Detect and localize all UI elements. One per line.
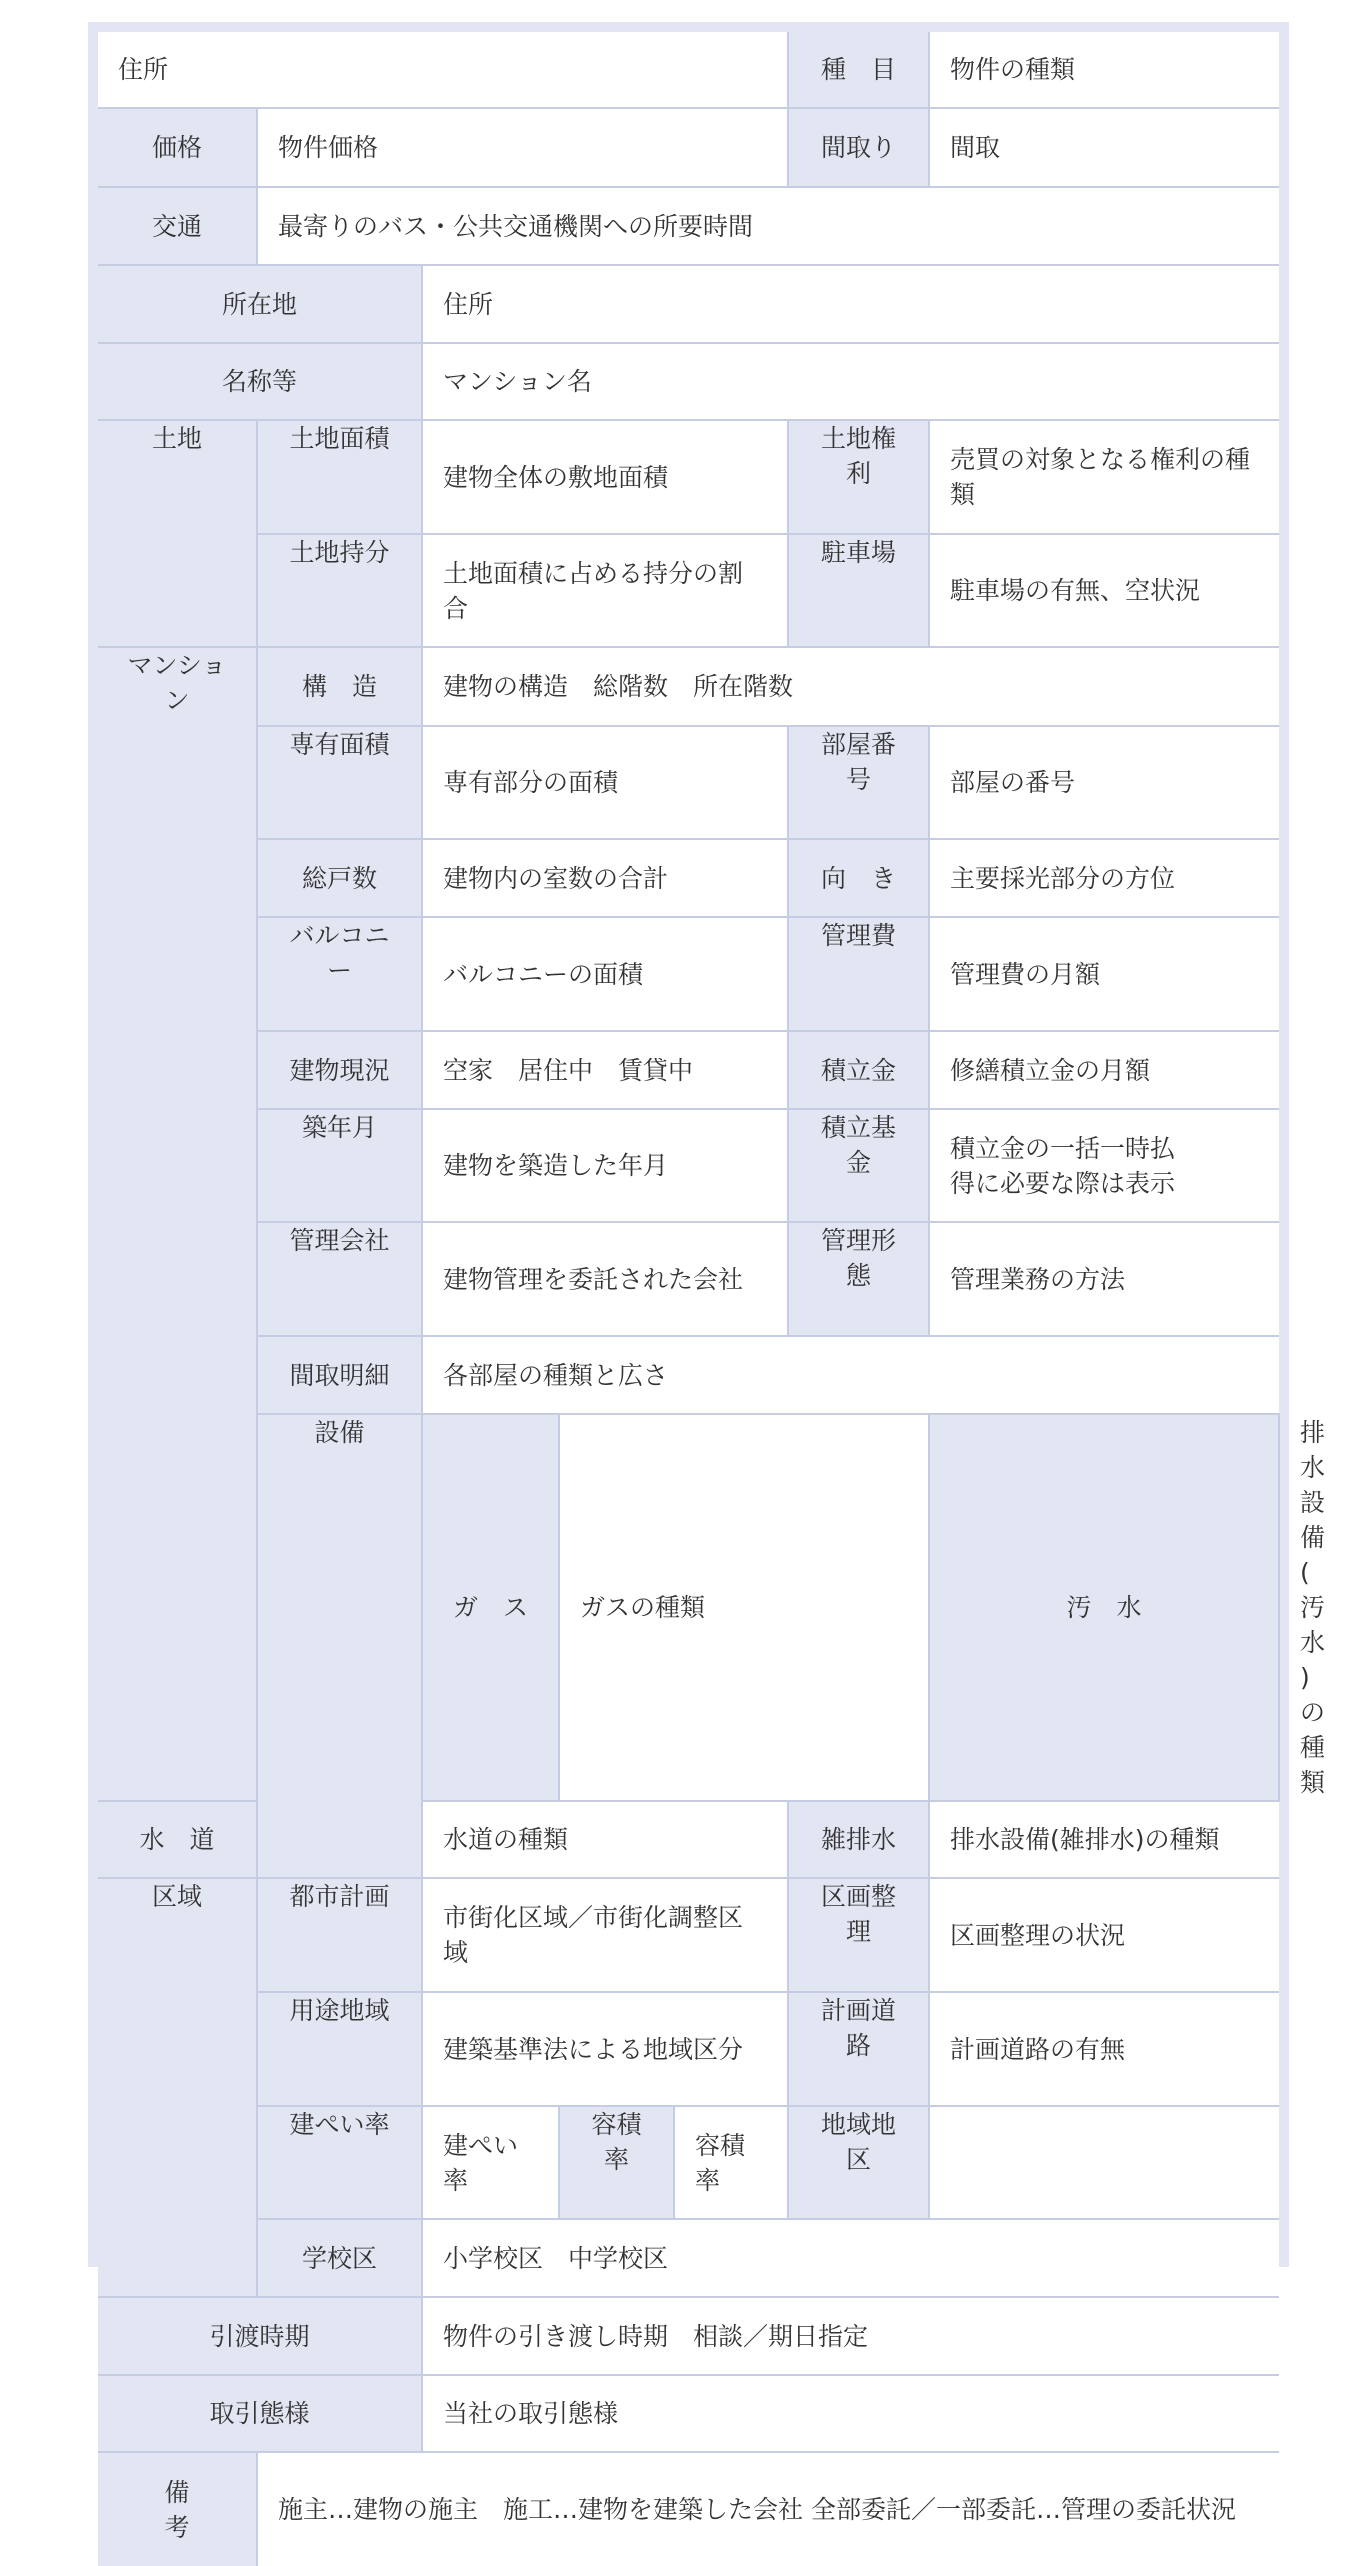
property-type-label: 種 目 bbox=[788, 32, 929, 108]
price-value: 物件価格 bbox=[257, 108, 788, 187]
property-type-value: 物件の種類 bbox=[929, 32, 1279, 108]
district-label: 地域地区 bbox=[788, 2106, 929, 2219]
table-row: 管理会社 建物管理を委託された会社 管理形態 管理業務の方法 bbox=[98, 1222, 1279, 1336]
school-district-label: 学校区 bbox=[257, 2219, 422, 2297]
table-row: 総戸数 建物内の室数の合計 向 き 主要採光部分の方位 bbox=[98, 839, 1279, 917]
table-row: マンション 構 造 建物の構造 総階数 所在階数 bbox=[98, 647, 1279, 726]
total-units-value: 建物内の室数の合計 bbox=[422, 839, 788, 917]
management-fee-value: 管理費の月額 bbox=[929, 917, 1279, 1031]
address-value: 住所 bbox=[98, 32, 788, 108]
remarks-label: 備 考 bbox=[98, 2452, 257, 2566]
table-row: 取引態様 当社の取引態様 bbox=[98, 2375, 1279, 2452]
table-row: 交通 最寄りのバス・公共交通機関への所要時間 bbox=[98, 187, 1279, 265]
exclusive-area-label: 専有面積 bbox=[257, 726, 422, 839]
remarks-label-line: 備 bbox=[118, 2475, 236, 2510]
land-area-value: 建物全体の敷地面積 bbox=[422, 420, 788, 534]
direction-label: 向 き bbox=[788, 839, 929, 917]
table-row: 専有面積 専有部分の面積 部屋番号 部屋の番号 bbox=[98, 726, 1279, 839]
city-plan-value: 市街化区域／市街化調整区域 bbox=[422, 1878, 788, 1992]
property-spec-table: 住所 種 目 物件の種類 価格 物件価格 間取り 間取 交通 最寄りのバス・公共… bbox=[98, 32, 1279, 2566]
land-share-label: 土地持分 bbox=[257, 534, 422, 647]
management-company-label: 管理会社 bbox=[257, 1222, 422, 1336]
floor-area-ratio-value: 容積率 bbox=[674, 2106, 788, 2219]
built-date-value: 建物を築造した年月 bbox=[422, 1109, 788, 1222]
management-form-label: 管理形態 bbox=[788, 1222, 929, 1336]
table-row: 建ぺい率 建ぺい率 容積率 容積率 地域地区 bbox=[98, 2106, 1279, 2219]
facilities-group-label: 設備 bbox=[257, 1414, 422, 1878]
transaction-value: 当社の取引態様 bbox=[422, 2375, 1279, 2452]
water-value: 水道の種類 bbox=[422, 1801, 788, 1878]
reserve-label: 積立金 bbox=[788, 1031, 929, 1109]
graywater-label: 雑排水 bbox=[788, 1801, 929, 1878]
city-plan-label: 都市計画 bbox=[257, 1878, 422, 1992]
planned-road-value: 計画道路の有無 bbox=[929, 1992, 1279, 2106]
layout-value: 間取 bbox=[929, 108, 1279, 187]
structure-value: 建物の構造 総階数 所在階数 bbox=[422, 647, 1279, 726]
floorplan-detail-label: 間取明細 bbox=[257, 1336, 422, 1414]
table-row: 名称等 マンション名 bbox=[98, 343, 1279, 420]
reserve-value: 修繕積立金の月額 bbox=[929, 1031, 1279, 1109]
transport-label: 交通 bbox=[98, 187, 257, 265]
table-row: 間取明細 各部屋の種類と広さ bbox=[98, 1336, 1279, 1414]
management-company-value: 建物管理を委託された会社 bbox=[422, 1222, 788, 1336]
table-row: 備 考 施主…建物の施主 施工…建物を建築した会社 全部委託／一部委託…管理の委… bbox=[98, 2452, 1279, 2566]
parking-label: 駐車場 bbox=[788, 534, 929, 647]
land-share-value: 土地面積に占める持分の割合 bbox=[422, 534, 788, 647]
direction-value: 主要採光部分の方位 bbox=[929, 839, 1279, 917]
floor-area-ratio-label: 容積率 bbox=[559, 2106, 674, 2219]
handover-label: 引渡時期 bbox=[98, 2297, 422, 2375]
table-row: バルコニー バルコニーの面積 管理費 管理費の月額 bbox=[98, 917, 1279, 1031]
district-value bbox=[929, 2106, 1279, 2219]
planned-road-label: 計画道路 bbox=[788, 1992, 929, 2106]
management-fee-label: 管理費 bbox=[788, 917, 929, 1031]
mansion-group-label: マンション bbox=[98, 647, 257, 1801]
table-row: 設備 ガ ス ガスの種類 汚 水 排水設備(汚水)の種類 bbox=[98, 1414, 1279, 1801]
parking-value: 駐車場の有無、空状況 bbox=[929, 534, 1279, 647]
remarks-value: 施主…建物の施主 施工…建物を建築した会社 全部委託／一部委託…管理の委託状況 bbox=[257, 2452, 1279, 2566]
layout-label: 間取り bbox=[788, 108, 929, 187]
land-group-label: 土地 bbox=[98, 420, 257, 647]
table-row: 建物現況 空家 居住中 賃貸中 積立金 修繕積立金の月額 bbox=[98, 1031, 1279, 1109]
location-value: 住所 bbox=[422, 265, 1279, 343]
name-label: 名称等 bbox=[98, 343, 422, 420]
building-status-label: 建物現況 bbox=[257, 1031, 422, 1109]
gas-value: ガスの種類 bbox=[559, 1414, 929, 1801]
management-form-value: 管理業務の方法 bbox=[929, 1222, 1279, 1336]
gas-label: ガ ス bbox=[422, 1414, 559, 1801]
reserve-fund-line: 積立金の一括一時払 bbox=[950, 1131, 1259, 1166]
table-row: 用途地域 建築基準法による地域区分 計画道路 計画道路の有無 bbox=[98, 1992, 1279, 2106]
land-readjustment-label: 区画整理 bbox=[788, 1878, 929, 1992]
building-status-value: 空家 居住中 賃貸中 bbox=[422, 1031, 788, 1109]
transaction-label: 取引態様 bbox=[98, 2375, 422, 2452]
water-label: 水 道 bbox=[98, 1801, 257, 1878]
table-row: 所在地 住所 bbox=[98, 265, 1279, 343]
balcony-label: バルコニー bbox=[257, 917, 422, 1031]
land-right-value: 売買の対象となる権利の種類 bbox=[929, 420, 1279, 534]
reserve-fund-value: 積立金の一括一時払 得に必要な際は表示 bbox=[929, 1109, 1279, 1222]
table-row: 土地持分 土地面積に占める持分の割合 駐車場 駐車場の有無、空状況 bbox=[98, 534, 1279, 647]
handover-value: 物件の引き渡し時期 相談／期日指定 bbox=[422, 2297, 1279, 2375]
structure-label: 構 造 bbox=[257, 647, 422, 726]
school-district-value: 小学校区 中学校区 bbox=[422, 2219, 1279, 2297]
table-row: 学校区 小学校区 中学校区 bbox=[98, 2219, 1279, 2297]
built-date-label: 築年月 bbox=[257, 1109, 422, 1222]
table-row: 引渡時期 物件の引き渡し時期 相談／期日指定 bbox=[98, 2297, 1279, 2375]
coverage-ratio-value: 建ぺい率 bbox=[422, 2106, 559, 2219]
table-row: 住所 種 目 物件の種類 bbox=[98, 32, 1279, 108]
total-units-label: 総戸数 bbox=[257, 839, 422, 917]
use-zone-value: 建築基準法による地域区分 bbox=[422, 1992, 788, 2106]
land-area-label: 土地面積 bbox=[257, 420, 422, 534]
room-number-value: 部屋の番号 bbox=[929, 726, 1279, 839]
table-row: 土地 土地面積 建物全体の敷地面積 土地権利 売買の対象となる権利の種類 bbox=[98, 420, 1279, 534]
floorplan-detail-value: 各部屋の種類と広さ bbox=[422, 1336, 1279, 1414]
land-right-label: 土地権利 bbox=[788, 420, 929, 534]
transport-value: 最寄りのバス・公共交通機関への所要時間 bbox=[257, 187, 1279, 265]
table-row: 価格 物件価格 間取り 間取 bbox=[98, 108, 1279, 187]
reserve-fund-label: 積立基金 bbox=[788, 1109, 929, 1222]
name-value: マンション名 bbox=[422, 343, 1279, 420]
location-label: 所在地 bbox=[98, 265, 422, 343]
price-label: 価格 bbox=[98, 108, 257, 187]
remarks-label-line: 考 bbox=[118, 2510, 236, 2545]
coverage-ratio-label: 建ぺい率 bbox=[257, 2106, 422, 2219]
table-row: 区域 都市計画 市街化区域／市街化調整区域 区画整理 区画整理の状況 bbox=[98, 1878, 1279, 1992]
zone-group-label: 区域 bbox=[98, 1878, 257, 2297]
reserve-fund-line: 得に必要な際は表示 bbox=[950, 1166, 1259, 1201]
graywater-value: 排水設備(雑排水)の種類 bbox=[929, 1801, 1279, 1878]
room-number-label: 部屋番号 bbox=[788, 726, 929, 839]
land-readjustment-value: 区画整理の状況 bbox=[929, 1878, 1279, 1992]
table-row: 築年月 建物を築造した年月 積立基金 積立金の一括一時払 得に必要な際は表示 bbox=[98, 1109, 1279, 1222]
sewage-label: 汚 水 bbox=[929, 1414, 1279, 1801]
balcony-value: バルコニーの面積 bbox=[422, 917, 788, 1031]
use-zone-label: 用途地域 bbox=[257, 1992, 422, 2106]
exclusive-area-value: 専有部分の面積 bbox=[422, 726, 788, 839]
